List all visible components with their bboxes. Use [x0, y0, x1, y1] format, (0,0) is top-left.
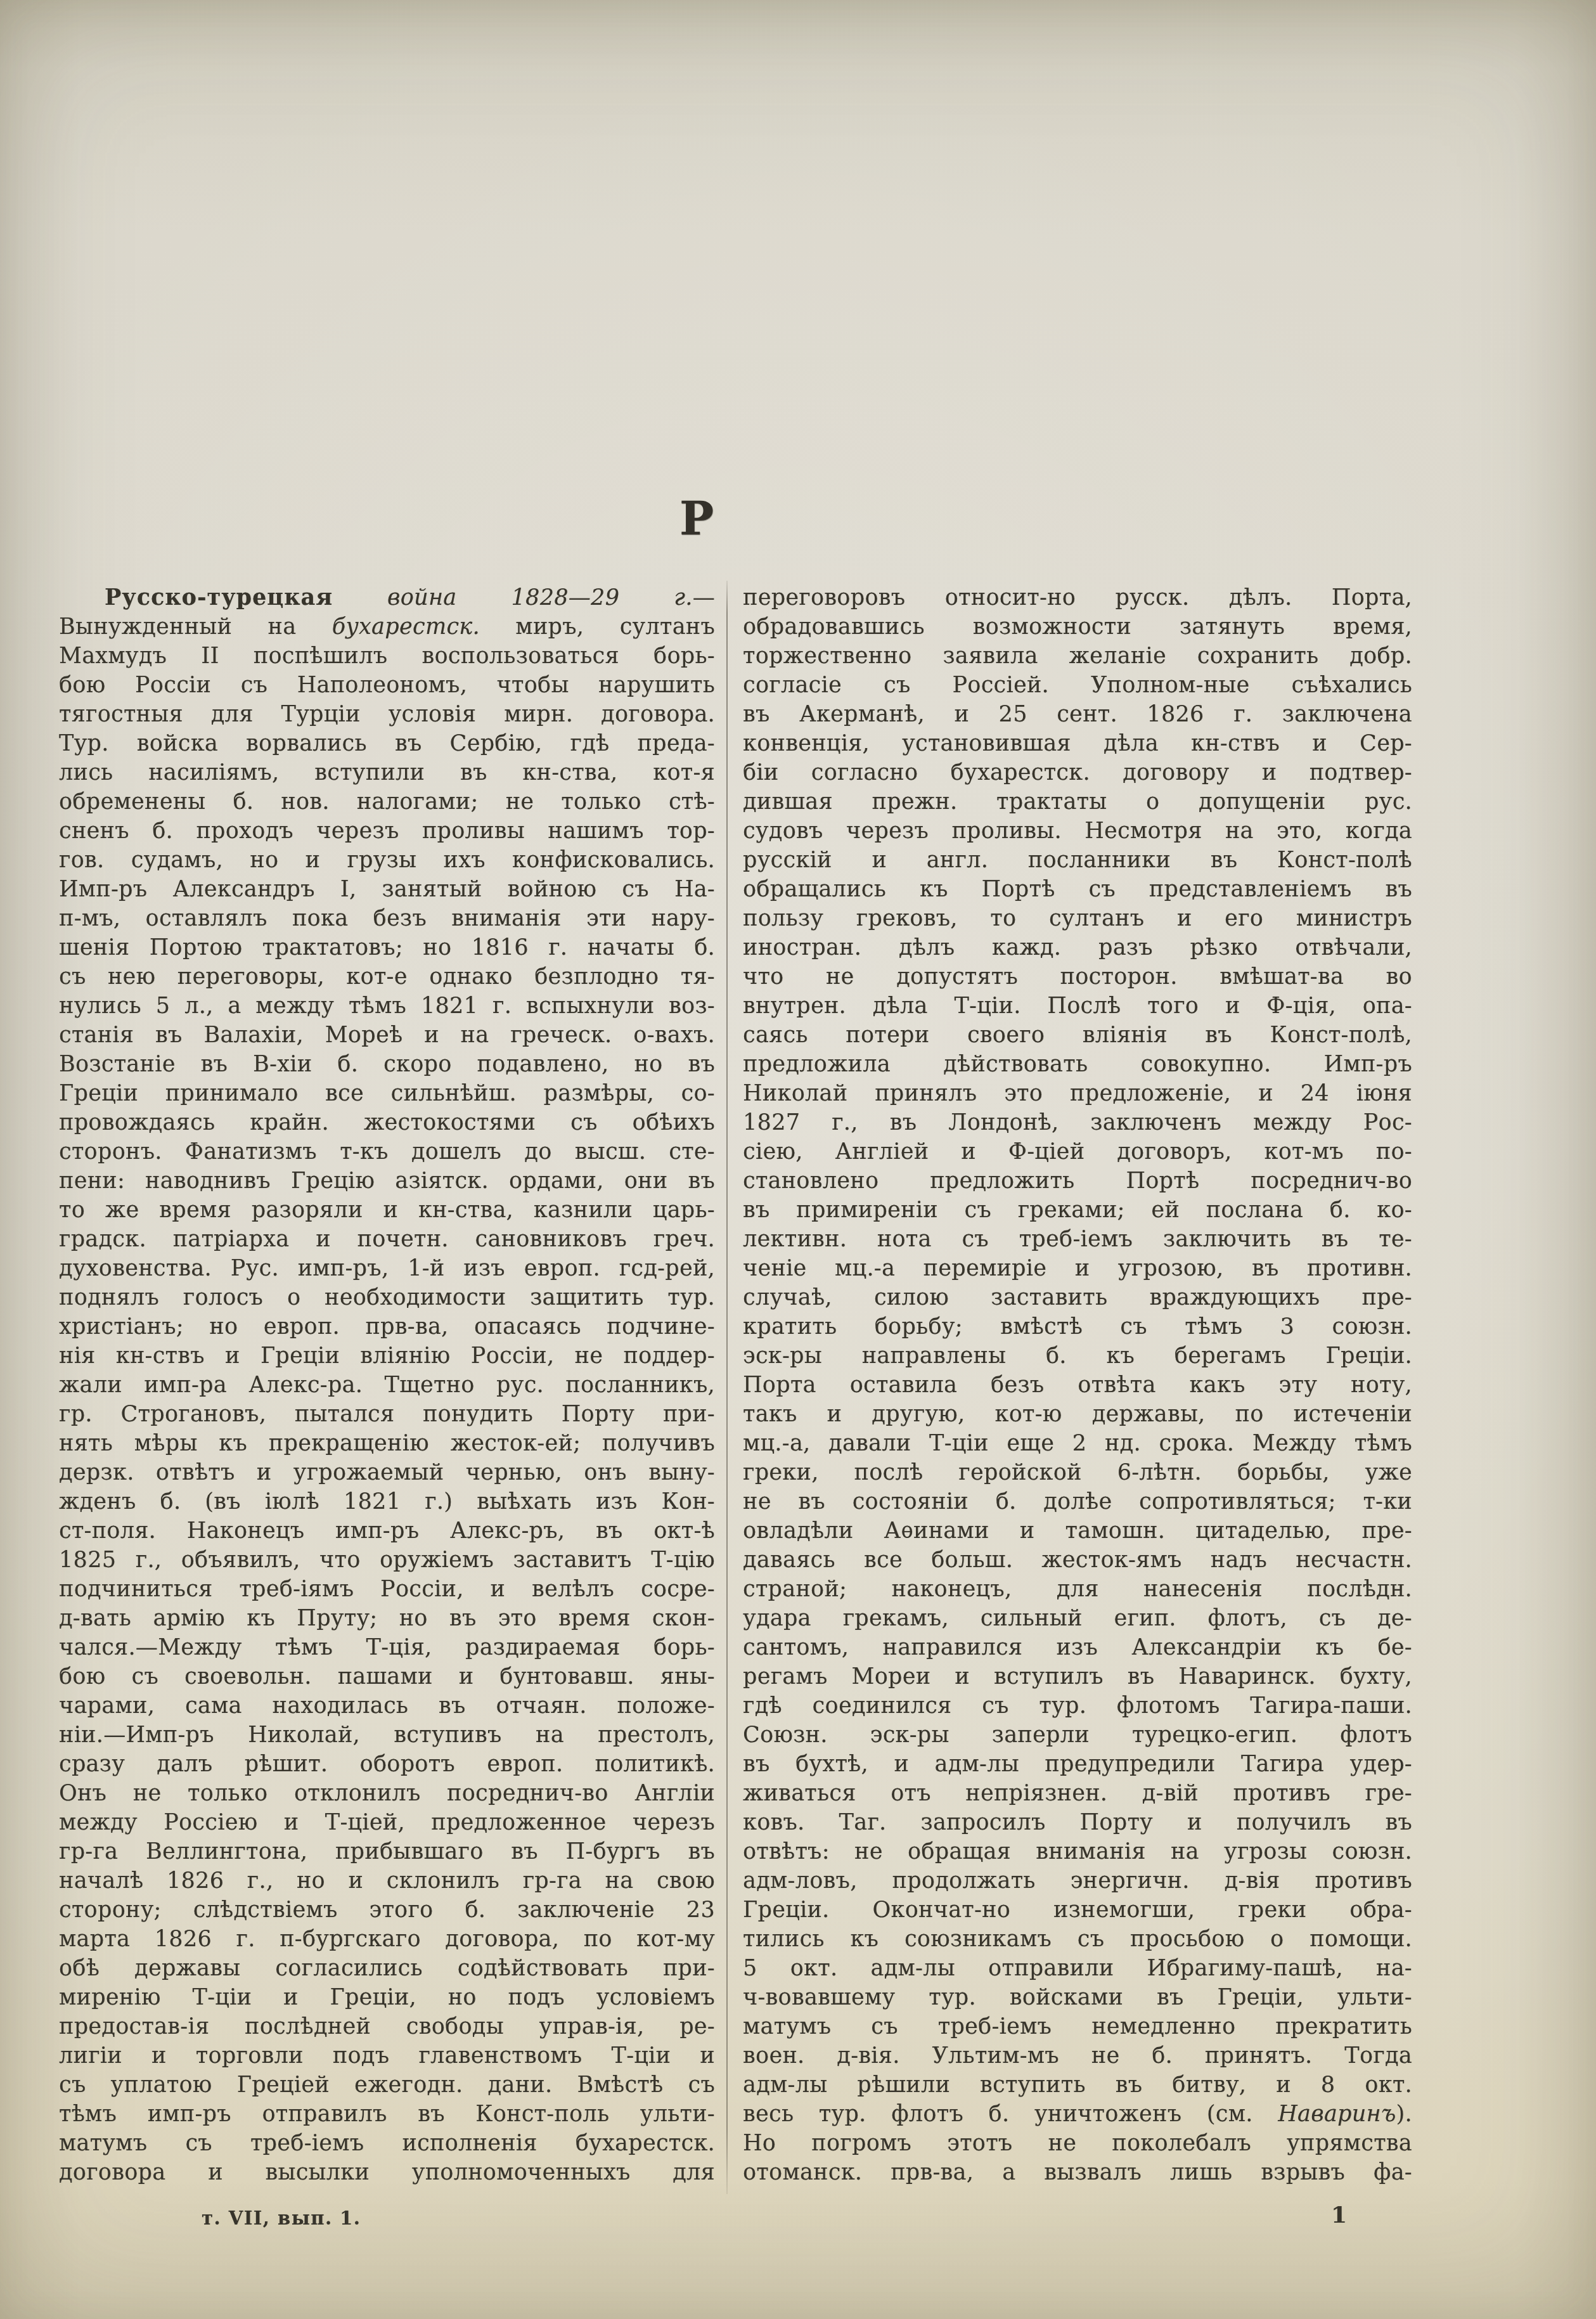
text-line: станія въ Валахіи, Мореѣ и на греческ. о…	[59, 1021, 715, 1050]
text-line: въ примиреніи съ греками; ей послана б. …	[743, 1196, 1412, 1225]
text-line: дившая прежн. трактаты о допущеніи рус.	[743, 787, 1412, 817]
text-line: гдѣ соединился съ тур. флотомъ Тагира-па…	[743, 1691, 1412, 1721]
text-line: становлено предложить Портѣ посреднич-во	[743, 1166, 1412, 1196]
text-line: тѣмъ имп-ръ отправилъ въ Конст-поль ульт…	[59, 2100, 715, 2129]
text-line: иностран. дѣлъ кажд. разъ рѣзко отвѣчали…	[743, 933, 1412, 962]
text-line: провождаясь крайн. жестокостями съ обѣих…	[59, 1108, 715, 1137]
footer-volume-label: т. VII, вып. 1.	[202, 2207, 361, 2229]
text-line: ченіе мц.-а перемиріе и угрозою, въ прот…	[743, 1254, 1412, 1283]
text-line: чался.—Между тѣмъ Т-ція, раздираемая бор…	[59, 1633, 715, 1662]
text-line: въ Акерманѣ, и 25 сент. 1826 г. заключен…	[743, 700, 1412, 729]
text-line: Имп-ръ Александръ I, занятый войною съ Н…	[59, 875, 715, 904]
text-line: бою съ своевольн. пашами и бунтовавш. ян…	[59, 1662, 715, 1691]
text-line: тились къ союзникамъ съ просьбою о помощ…	[743, 1925, 1412, 1954]
text-line: Тур. войска ворвались въ Сербію, гдѣ пре…	[59, 729, 715, 758]
text-line: 1827 г., въ Лондонѣ, заключенъ между Рос…	[743, 1108, 1412, 1137]
text-line: ніи.—Имп-ръ Николай, вступивъ на престол…	[59, 1721, 715, 1750]
text-line: саясь потери своего вліянія въ Конст-пол…	[743, 1021, 1412, 1050]
text-line: Николай принялъ это предложеніе, и 24 ію…	[743, 1079, 1412, 1108]
text-line: дерзк. отвѣтъ и угрожаемый чернью, онъ в…	[59, 1458, 715, 1487]
text-line: судовъ черезъ проливы. Несмотря на это, …	[743, 817, 1412, 846]
text-line: ч-вовавшему тур. войсками въ Греціи, уль…	[743, 1983, 1412, 2012]
text-line: марта 1826 г. п-бургскаго договора, по к…	[59, 1925, 715, 1954]
footer-page-number: 1	[1331, 2202, 1347, 2228]
text-line: страной; наконецъ, для нанесенія послѣдн…	[743, 1575, 1412, 1604]
text-line: греки, послѣ геройской 6-лѣтн. борьбы, у…	[743, 1458, 1412, 1487]
text-line: Онъ не только отклонилъ посреднич-во Анг…	[59, 1779, 715, 1808]
text-line: п-мъ, оставлялъ пока безъ вниманія эти н…	[59, 904, 715, 933]
text-line: весь тур. флотъ б. уничтоженъ (см. Навар…	[743, 2100, 1412, 2129]
text-line: Греціи принимало все сильнѣйш. размѣры, …	[59, 1079, 715, 1108]
text-line: гов. судамъ, но и грузы ихъ конфисковали…	[59, 846, 715, 875]
text-line: матумъ съ треб-іемъ исполненія бухарестс…	[59, 2129, 715, 2158]
text-line: мц.-а, давали Т-ціи еще 2 нд. срока. Меж…	[743, 1429, 1412, 1458]
text-line: такъ и другую, кот-ю державы, по истечен…	[743, 1400, 1412, 1429]
text-line: регамъ Мореи и вступилъ въ Наваринск. бу…	[743, 1662, 1412, 1691]
text-line: русскій и англ. посланники въ Конст-полѣ	[743, 846, 1412, 875]
text-line: удара грекамъ, сильный егип. флотъ, съ д…	[743, 1604, 1412, 1633]
text-line: лигіи и торговли подъ главенствомъ Т-ціи…	[59, 2041, 715, 2070]
text-line: лективн. нота съ треб-іемъ заключить въ …	[743, 1225, 1412, 1254]
text-line: съ уплатою Греціей ежегодн. дани. Вмѣстѣ…	[59, 2070, 715, 2100]
text-line: сторону; слѣдствіемъ этого б. заключеніе…	[59, 1896, 715, 1925]
text-line: гр. Строгановъ, пытался понудить Порту п…	[59, 1400, 715, 1429]
text-line: адм-лы рѣшили вступить въ битву, и 8 окт…	[743, 2070, 1412, 2100]
text-line: чарами, сама находилась въ отчаян. полож…	[59, 1691, 715, 1721]
text-line: гр-га Веллингтона, прибывшаго въ П-бургъ…	[59, 1837, 715, 1866]
text-line: между Россіею и Т-ціей, предложенное чер…	[59, 1808, 715, 1837]
text-line: градск. патріарха и почетн. сановниковъ …	[59, 1225, 715, 1254]
text-line: миренію Т-ціи и Греціи, но подъ условіем…	[59, 1983, 715, 2012]
text-line: сторонъ. Фанатизмъ т-къ дошелъ до высш. …	[59, 1137, 715, 1166]
text-line: эск-ры направлены б. къ берегамъ Греціи.	[743, 1341, 1412, 1371]
text-line: ковъ. Таг. запросилъ Порту и получилъ въ	[743, 1808, 1412, 1837]
text-line: Порта оставила безъ отвѣта какъ эту ноту…	[743, 1371, 1412, 1400]
text-line: внутрен. дѣла Т-ціи. Послѣ того и Ф-ція,…	[743, 992, 1412, 1021]
text-line: сненъ б. проходъ черезъ проливы нашимъ т…	[59, 817, 715, 846]
text-line: Но погромъ этотъ не поколебалъ упрямства	[743, 2129, 1412, 2158]
text-line: переговоровъ относит-но русск. дѣлъ. Пор…	[743, 583, 1412, 612]
text-line: обращались къ Портѣ съ представленіемъ в…	[743, 875, 1412, 904]
text-line: біи согласно бухарестск. договору и подт…	[743, 758, 1412, 787]
text-line: обременены б. нов. налогами; не только с…	[59, 787, 715, 817]
text-line: отвѣтъ: не обращая вниманія на угрозы со…	[743, 1837, 1412, 1866]
text-line: Возстаніе въ В-хіи б. скоро подавлено, н…	[59, 1050, 715, 1079]
text-line: 5 окт. адм-лы отправили Ибрагиму-пашѣ, н…	[743, 1954, 1412, 1983]
text-line: духовенства. Рус. имп-ръ, 1-й изъ европ.…	[59, 1254, 715, 1283]
text-line: ст-поля. Наконецъ имп-ръ Алекс-ръ, въ ок…	[59, 1516, 715, 1546]
text-line: 1825 г., объявилъ, что оружіемъ заставит…	[59, 1546, 715, 1575]
section-initial-letter: Р	[679, 496, 715, 541]
column-right: переговоровъ относит-но русск. дѣлъ. Пор…	[743, 583, 1412, 2187]
text-line: предостав-ія послѣдней свободы управ-ія,…	[59, 2012, 715, 2041]
text-line: нія кн-ствъ и Греціи вліянію Россіи, не …	[59, 1341, 715, 1371]
text-line: торжественно заявила желаніе сохранить д…	[743, 642, 1412, 671]
text-line: жали имп-ра Алекс-ра. Тщетно рус. послан…	[59, 1371, 715, 1400]
text-line: кратить борьбу; вмѣстѣ съ тѣмъ 3 союзн.	[743, 1312, 1412, 1341]
text-line: живаться отъ непріязнен. д-вій противъ г…	[743, 1779, 1412, 1808]
text-line: поднялъ голосъ о необходимости защитить …	[59, 1283, 715, 1312]
text-line: бою Россіи съ Наполеономъ, чтобы нарушит…	[59, 671, 715, 700]
text-line: сантомъ, направился изъ Александріи къ б…	[743, 1633, 1412, 1662]
text-line: матумъ съ треб-іемъ немедленно прекратит…	[743, 2012, 1412, 2041]
text-line: что не допустятъ посторон. вмѣшат-ва во	[743, 962, 1412, 992]
scanned-page: Р Русско-турецкая война 1828—29 г.—Вынуж…	[0, 0, 1596, 2319]
text-line: согласіе съ Россіей. Уполном-ные съѣхали…	[743, 671, 1412, 700]
text-line: въ бухтѣ, и адм-лы предупредили Тагира у…	[743, 1750, 1412, 1779]
text-line: адм-ловъ, продолжать энергичн. д-вія про…	[743, 1866, 1412, 1896]
text-line: обрадовавшись возможности затянуть время…	[743, 612, 1412, 642]
text-line: началѣ 1826 г., но и склонилъ гр-га на с…	[59, 1866, 715, 1896]
column-left: Русско-турецкая война 1828—29 г.—Вынужде…	[59, 583, 715, 2187]
text-line: воен. д-вія. Ультим-мъ не б. принятъ. То…	[743, 2041, 1412, 2070]
text-line: даваясь все больш. жесток-ямъ надъ несча…	[743, 1546, 1412, 1575]
text-line: Русско-турецкая война 1828—29 г.—	[59, 583, 715, 612]
text-line: пени: наводнивъ Грецію азіятск. ордами, …	[59, 1166, 715, 1196]
text-line: случаѣ, силою заставить враждующихъ пре-	[743, 1283, 1412, 1312]
text-line: тягостныя для Турціи условія мирн. догов…	[59, 700, 715, 729]
text-line: Вынужденный на бухарестск. миръ, султанъ	[59, 612, 715, 642]
text-line: Союзн. эск-ры заперли турецко-егип. флот…	[743, 1721, 1412, 1750]
text-line: то же время разоряли и кн-ства, казнили …	[59, 1196, 715, 1225]
text-line: нулись 5 л., а между тѣмъ 1821 г. вспыхн…	[59, 992, 715, 1021]
text-line: съ нею переговоры, кот-е однако безплодн…	[59, 962, 715, 992]
text-line: подчиниться треб-іямъ Россіи, и велѣлъ с…	[59, 1575, 715, 1604]
column-divider	[726, 581, 728, 2194]
text-line: христіанъ; но европ. прв-ва, опасаясь по…	[59, 1312, 715, 1341]
text-line: нять мѣры къ прекращенію жесток-ей; полу…	[59, 1429, 715, 1458]
text-line: обѣ державы согласились содѣйствовать пр…	[59, 1954, 715, 1983]
text-line: не въ состояніи б. долѣе сопротивляться;…	[743, 1487, 1412, 1516]
text-line: договора и высылки уполномоченныхъ для	[59, 2158, 715, 2187]
text-line: сіею, Англіей и Ф-ціей договоръ, кот-мъ …	[743, 1137, 1412, 1166]
text-line: предложила дѣйствовать совокупно. Имп-ръ	[743, 1050, 1412, 1079]
text-line: шенія Портою трактатовъ; но 1816 г. нача…	[59, 933, 715, 962]
text-line: Махмудъ II поспѣшилъ воспользоваться бор…	[59, 642, 715, 671]
text-line: лись насиліямъ, вступили въ кн-ства, кот…	[59, 758, 715, 787]
text-line: пользу грековъ, то султанъ и его министр…	[743, 904, 1412, 933]
text-line: жденъ б. (въ іюлѣ 1821 г.) выѣхать изъ К…	[59, 1487, 715, 1516]
text-line: д-вать армію къ Пруту; но въ это время с…	[59, 1604, 715, 1633]
text-line: Греціи. Окончат-но изнемогши, греки обра…	[743, 1896, 1412, 1925]
text-line: сразу далъ рѣшит. оборотъ европ. политик…	[59, 1750, 715, 1779]
text-line: конвенція, установившая дѣла кн-ствъ и С…	[743, 729, 1412, 758]
text-line: отоманск. прв-ва, а вызвалъ лишь взрывъ …	[743, 2158, 1412, 2187]
text-line: овладѣли Аѳинами и тамошн. цитаделью, пр…	[743, 1516, 1412, 1546]
